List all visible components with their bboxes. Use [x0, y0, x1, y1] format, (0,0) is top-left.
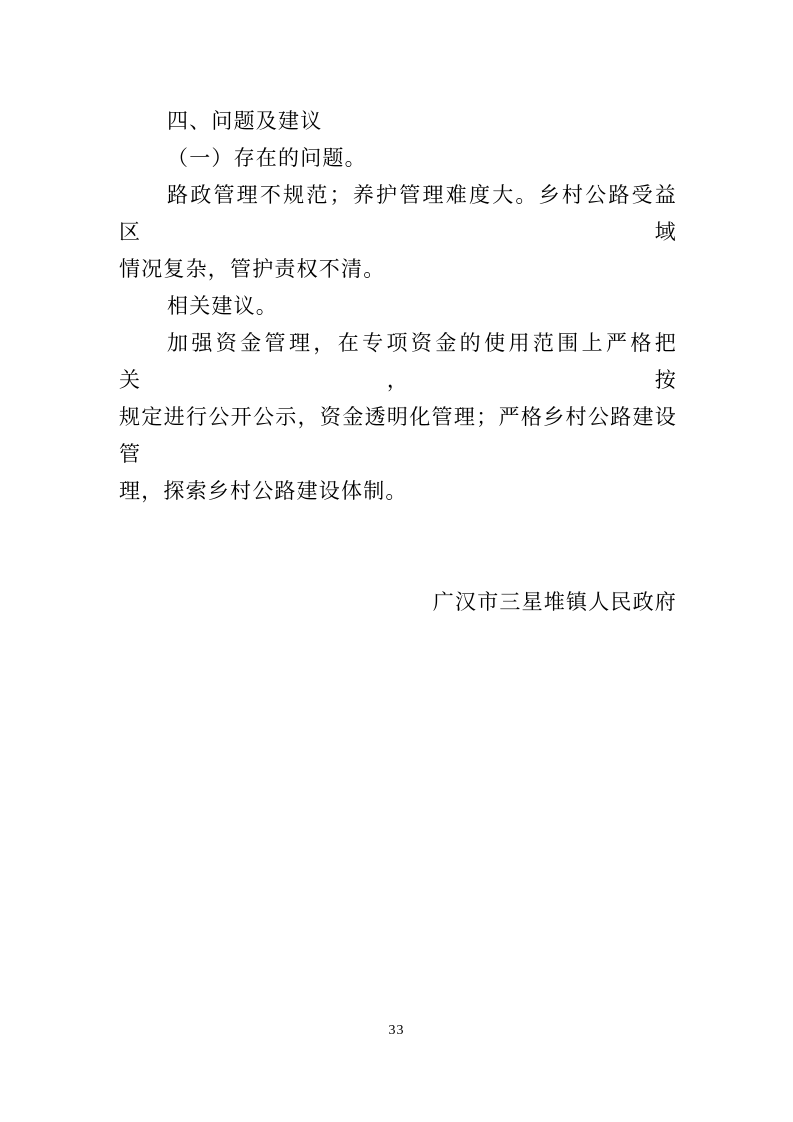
page-number: 33	[0, 1022, 793, 1040]
blank-lines	[119, 510, 677, 584]
signature: 广汉市三星堆镇人民政府	[119, 584, 677, 621]
suggestion-heading: 相关建议。	[119, 288, 677, 325]
document-page: 四、问题及建议 （一）存在的问题。 路政管理不规范；养护管理难度大。乡村公路受益…	[0, 0, 793, 1122]
suggestion-paragraph-line: 规定进行公开公示，资金透明化管理；严格乡村公路建设管	[119, 399, 677, 473]
problem-paragraph-line: 情况复杂，管护责权不清。	[119, 251, 677, 288]
section-heading: 四、问题及建议	[119, 103, 677, 140]
problem-paragraph-line: 路政管理不规范；养护管理难度大。乡村公路受益区域	[119, 177, 677, 251]
subsection-heading: （一）存在的问题。	[119, 140, 677, 177]
document-body: 四、问题及建议 （一）存在的问题。 路政管理不规范；养护管理难度大。乡村公路受益…	[119, 103, 677, 621]
suggestion-paragraph-line: 理，探索乡村公路建设体制。	[119, 473, 677, 510]
suggestion-paragraph-line: 加强资金管理，在专项资金的使用范围上严格把关，按	[119, 325, 677, 399]
